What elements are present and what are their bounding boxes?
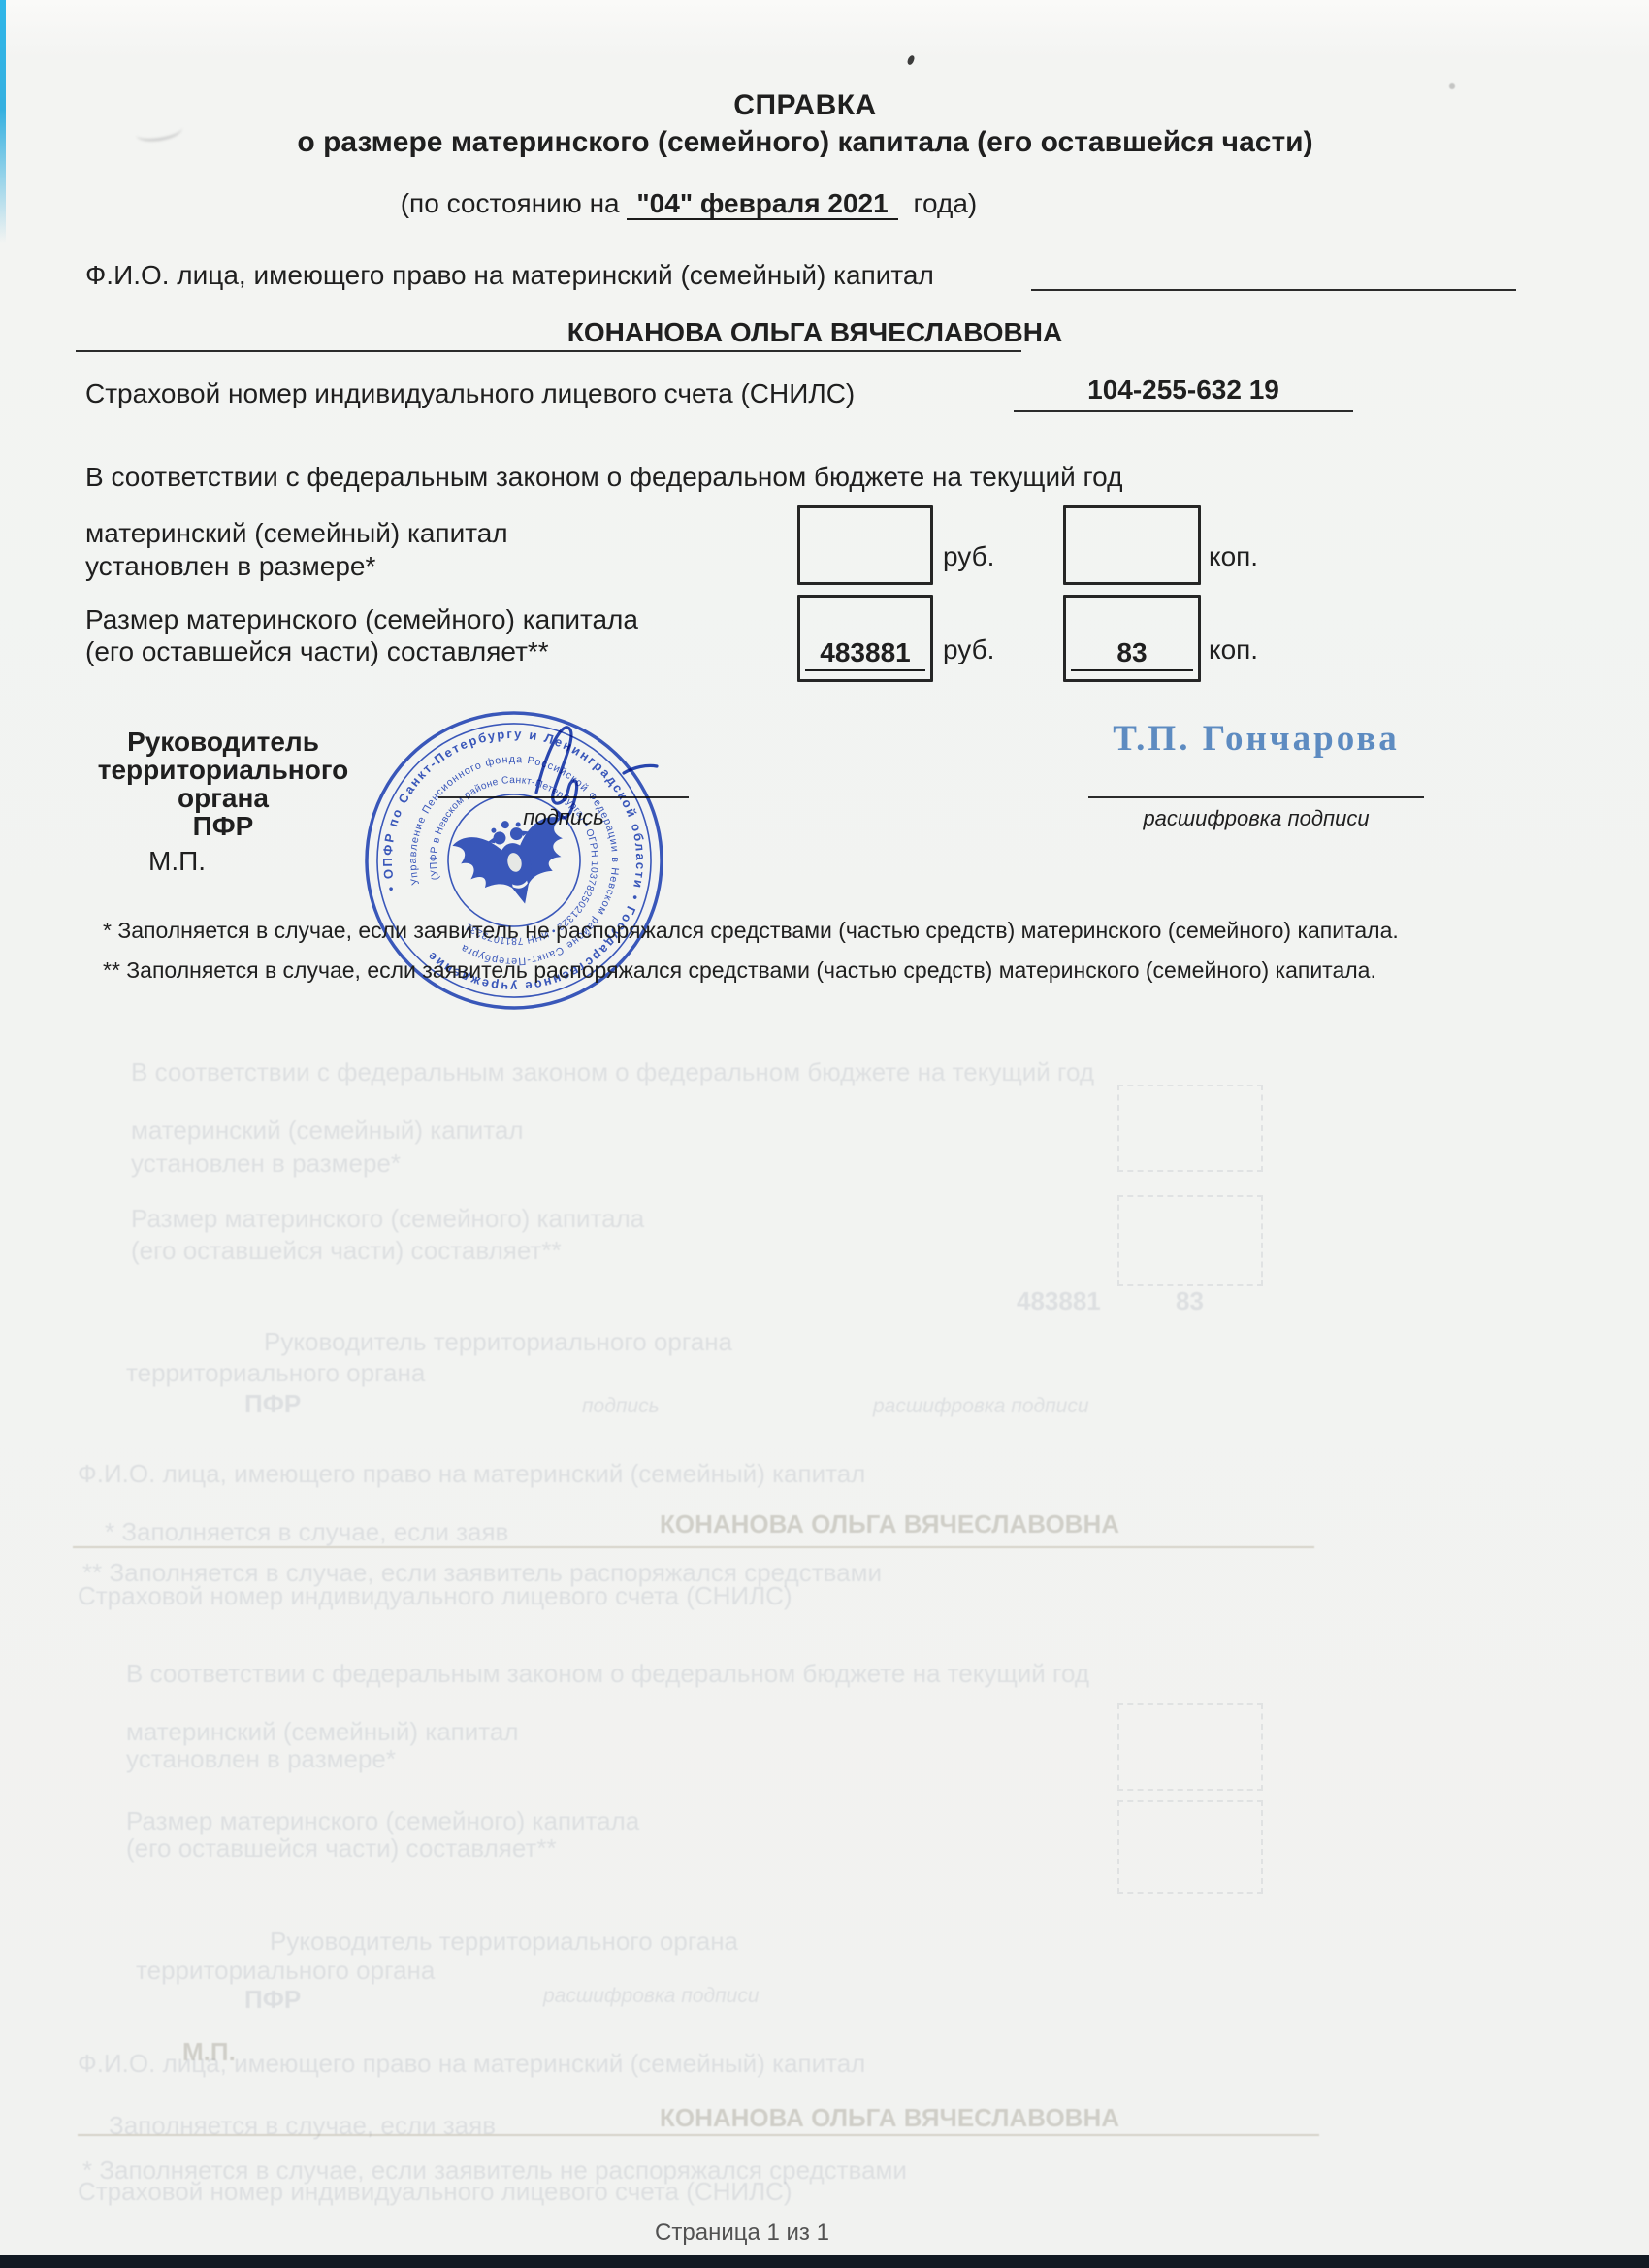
ghost-line: Размер материнского (семейного) капитала xyxy=(131,1204,644,1234)
ghost-amount: 483881 xyxy=(1017,1286,1101,1316)
rub-unit-label: руб. xyxy=(943,541,994,572)
ghost-line: ПФР xyxy=(244,1389,301,1419)
scanner-edge-cyan-strip xyxy=(0,0,6,243)
ghost-line: материнский (семейный) капитал xyxy=(126,1717,519,1747)
scan-dot-artifact xyxy=(1449,83,1455,89)
head-official-title: Руководительтерриториального органаПФР xyxy=(68,728,378,840)
as-of-date-line: (по состоянию на "04" февраля 2021 года) xyxy=(291,188,1086,219)
ghost-line: Страховой номер индивидуального лицевого… xyxy=(78,2177,792,2207)
ghost-rule xyxy=(78,2134,1319,2136)
ghost-amount-box xyxy=(1117,1703,1263,1791)
ghost-line: установлен в размере* xyxy=(131,1149,401,1179)
kop-box-empty xyxy=(1063,505,1201,585)
ghost-line: расшифровка подписи xyxy=(543,1985,760,2008)
rub-amount-value: 483881 xyxy=(800,637,930,668)
ghost-line: Ф.И.О. лица, имеющего право на материнск… xyxy=(78,1459,865,1489)
document-title: СПРАВКА xyxy=(262,89,1348,122)
ghost-amount-box xyxy=(1117,1195,1263,1286)
scanned-certificate-page: В соответствии с федеральным законом о ф… xyxy=(0,0,1649,2268)
ghost-line: Руководитель территориального органа xyxy=(270,1927,738,1957)
footnote-2: ** Заполняется в случае, если заявитель … xyxy=(103,957,1376,984)
ghost-amount: 83 xyxy=(1176,1286,1204,1316)
amount-underline xyxy=(805,669,925,671)
kop-unit-label: коп. xyxy=(1209,541,1258,572)
ghost-line: Размер материнского (семейного) капитала xyxy=(126,1806,639,1836)
ghost-line: подпись xyxy=(582,1395,660,1418)
ghost-rule xyxy=(73,1546,1314,1548)
ghost-line: (его оставшейся части) составляет** xyxy=(126,1833,557,1863)
kop-amount-value: 83 xyxy=(1066,637,1198,668)
date-prefix: (по состоянию на xyxy=(401,188,620,218)
ghost-amount-box xyxy=(1117,1085,1263,1172)
mp-seal-label: М.П. xyxy=(148,846,206,877)
ghost-line: Заполняется в случае, если заяв xyxy=(109,2111,496,2141)
ghost-line: ПФР xyxy=(244,1985,301,2015)
ghost-line: территориального органа xyxy=(136,1956,435,1986)
amount-underline xyxy=(1071,669,1193,671)
page-number-footer: Страница 1 из 1 xyxy=(621,2219,863,2247)
kop-unit-label: коп. xyxy=(1209,634,1258,665)
double-eagle-emblem xyxy=(450,807,580,917)
ghost-line: В соответствии с федеральным законом о ф… xyxy=(131,1057,1094,1087)
rub-unit-label: руб. xyxy=(943,634,994,665)
kop-amount-box: 83 xyxy=(1063,595,1201,682)
fio-label: Ф.И.О. лица, имеющего право на материнск… xyxy=(85,260,934,291)
ghost-line: материнский (семейный) капитал xyxy=(131,1116,524,1146)
facsimile-name-stamp: Т.П. Гончарова xyxy=(1086,718,1426,760)
snils-value: 104-255-632 19 xyxy=(1014,374,1353,405)
law-line: В соответствии с федеральным законом о ф… xyxy=(85,462,1122,493)
amount-row1-label: материнский (семейный) капитал установле… xyxy=(85,517,508,583)
snils-rule xyxy=(1014,410,1353,412)
ghost-line: (его оставшейся части) составляет** xyxy=(131,1236,562,1266)
fio-value: КОНАНОВА ОЛЬГА ВЯЧЕСЛАВОВНА xyxy=(543,317,1086,348)
ghost-line: расшифровка подписи xyxy=(873,1395,1089,1418)
ghost-line: Ф.И.О. лица, имеющего право на материнск… xyxy=(78,2049,865,2079)
as-of-date-value: "04" февраля 2021 xyxy=(627,188,897,220)
rub-box-empty xyxy=(797,505,933,585)
name-rule xyxy=(1088,796,1424,798)
ink-fleck xyxy=(907,54,916,65)
ghost-line: Руководитель территориального органа xyxy=(264,1327,732,1357)
name-caption: расшифровка подписи xyxy=(1088,806,1424,831)
ghost-line: установлен в размере* xyxy=(126,1744,396,1774)
ghost-line: В соответствии с федеральным законом о ф… xyxy=(126,1659,1089,1689)
ghost-amount-box xyxy=(1117,1800,1263,1894)
ghost-name: КОНАНОВА ОЛЬГА ВЯЧЕСЛАВОВНА xyxy=(660,1509,1119,1539)
ghost-line: территориального органа xyxy=(126,1358,425,1388)
footnote-1: * Заполняется в случае, если заявитель н… xyxy=(103,918,1399,944)
date-suffix: года) xyxy=(905,188,977,218)
ghost-name: КОНАНОВА ОЛЬГА ВЯЧЕСЛАВОВНА xyxy=(660,2103,1119,2133)
amount-row2-label: Размер материнского (семейного) капитала… xyxy=(85,603,638,667)
signature-ink xyxy=(500,711,694,823)
ghost-line: Страховой номер индивидуального лицевого… xyxy=(78,1581,792,1611)
document-subtitle: о размере материнского (семейного) капит… xyxy=(145,126,1465,159)
fio-rule-right xyxy=(1031,289,1516,291)
rub-amount-box: 483881 xyxy=(797,595,933,682)
ghost-line: * Заполняется в случае, если заяв xyxy=(105,1517,508,1547)
scanner-bottom-dark-band xyxy=(0,2255,1649,2268)
snils-label: Страховой номер индивидуального лицевого… xyxy=(85,378,855,409)
fio-rule-main xyxy=(76,350,1021,352)
